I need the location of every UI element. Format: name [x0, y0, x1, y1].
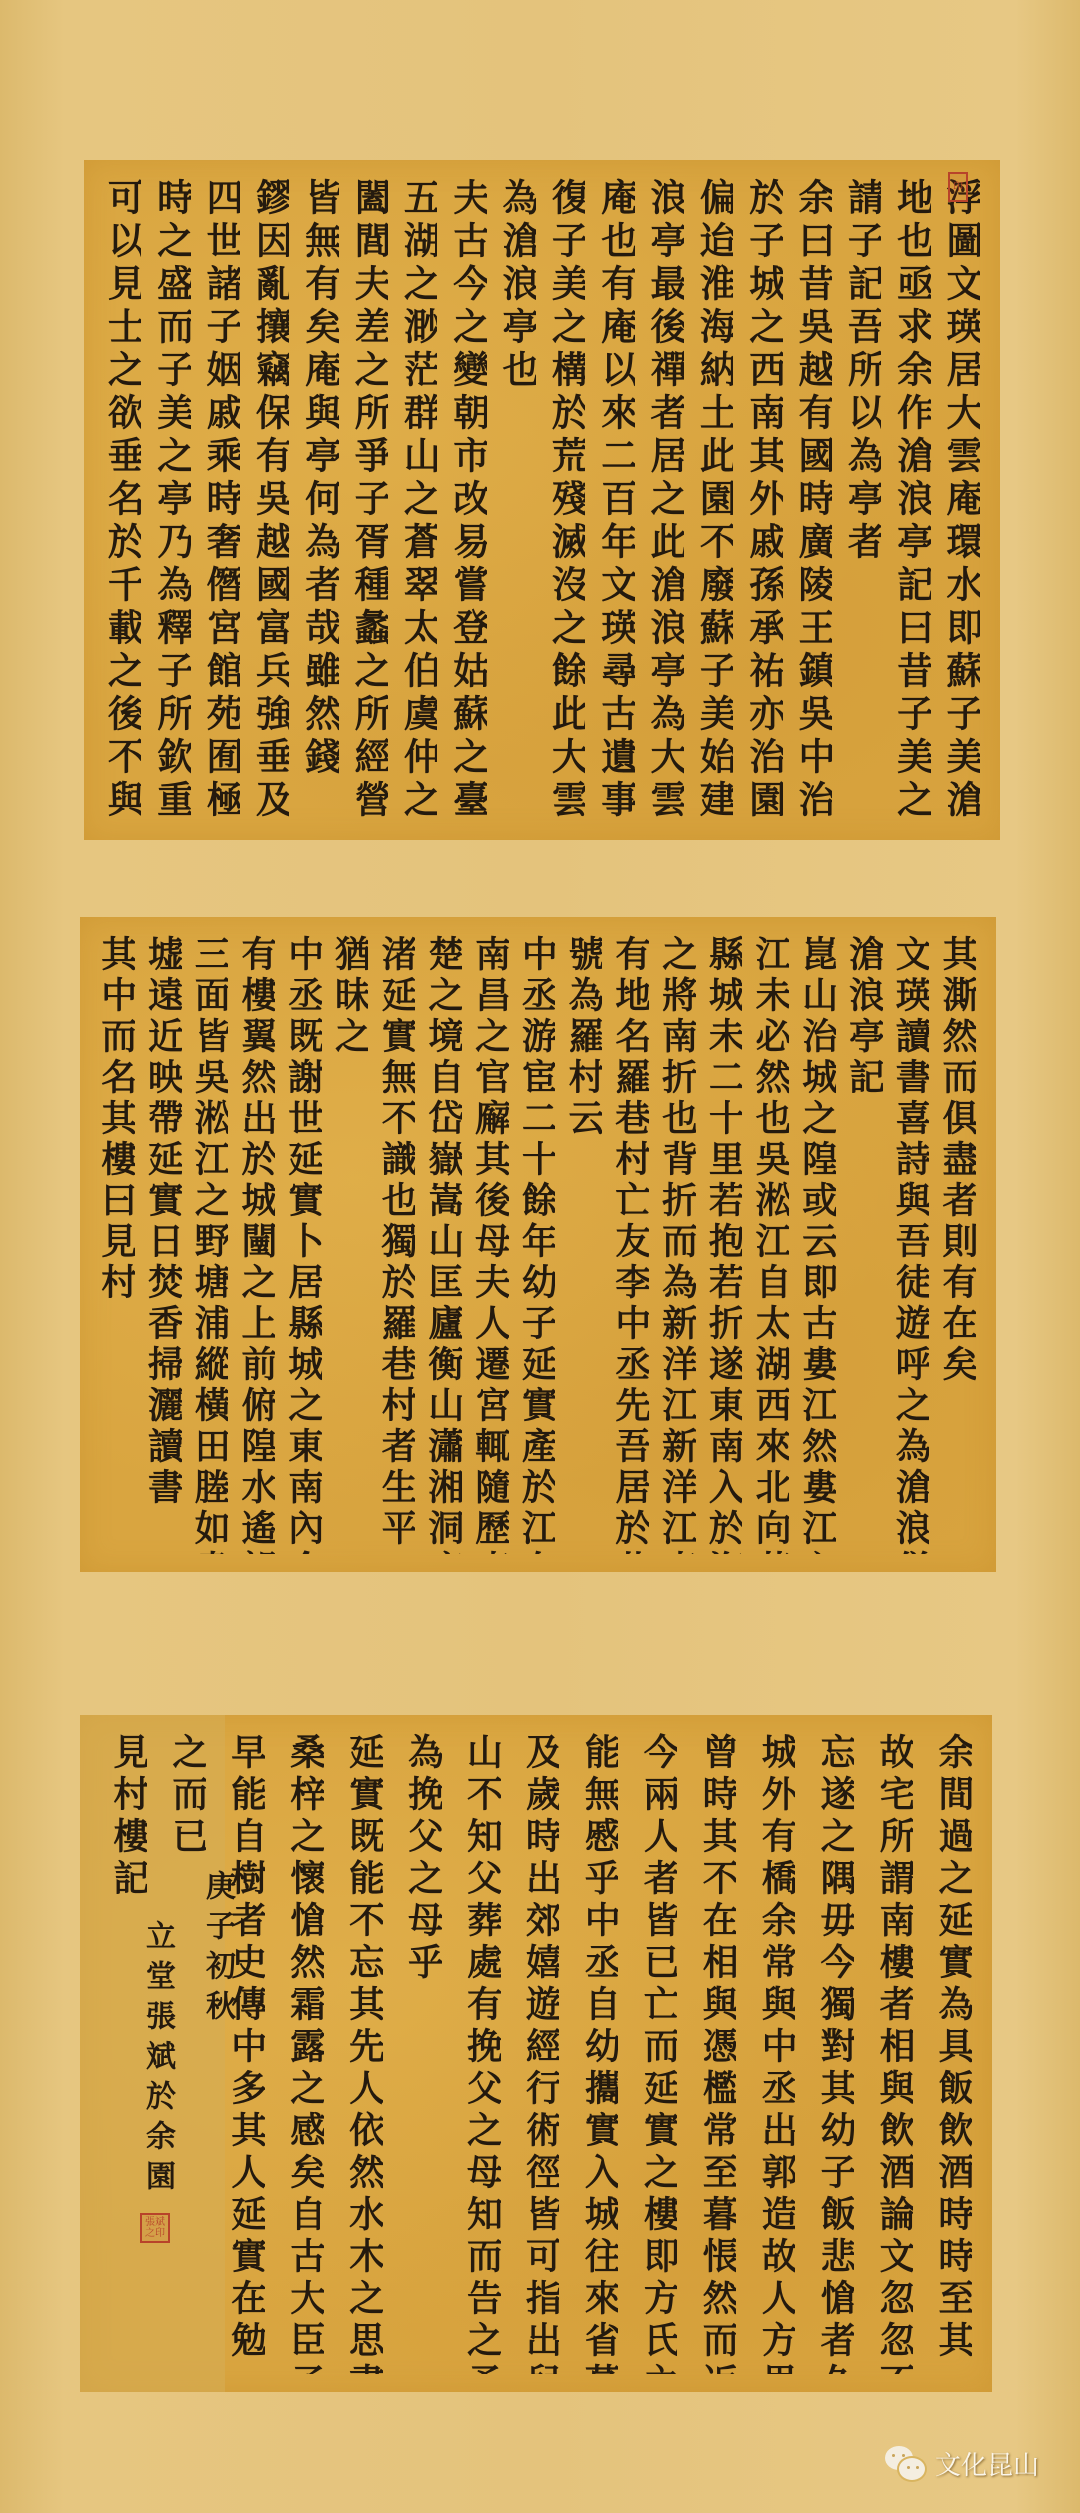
text-column: 浪亭最後禪者居之此滄浪亭為大雲 [647, 178, 684, 822]
text-column: 城外有橋余常與中丞出郭造故人方思 [748, 1733, 795, 2374]
text-column: 偏迨淮海納土此園不廢蘇子美始建滄 [696, 178, 733, 822]
artist-seal-stamp: 張斌之印 [140, 2213, 170, 2243]
text-column: 於子城之西南其外戚孫承祐亦治園於其 [745, 178, 782, 822]
text-column: 請子記吾所以為亭者 [844, 178, 881, 822]
text-column: 復子美之構於荒殘滅沒之餘此大雲庵 [548, 178, 585, 822]
text-column: 山不知父葬處有挽父之母知而告之予可以 [454, 1733, 501, 2374]
text-column: 文瑛讀書喜詩與吾徒遊呼之為滄浪僧云 [895, 935, 930, 1554]
text-column: 桑梓之懷愴然霜露之感矣自古大臣子孫 [277, 1733, 324, 2374]
signature-author: 立堂張斌於余園 [135, 1920, 179, 2200]
text-column: 之將南折也背折而為新洋江新洋江東數里 [661, 935, 696, 1554]
text-column: 其澌然而俱盡者則有在矣 [941, 935, 976, 1554]
text-column: 楚之境自岱嶽嵩山匡廬衡山瀟湘洞庭之 [427, 935, 462, 1554]
text-column: 江未必然也吳淞江自太湖西來北向若將趨入 [754, 935, 789, 1554]
text-column: 余間過之延實為具飯飲酒時時至其 [925, 1733, 972, 2374]
wechat-icon [885, 2446, 927, 2482]
text-column: 庵也有庵以來二百年文瑛尋古遺事 [597, 178, 634, 822]
panel-3-columns: 余間過之延實為具飯飲酒時時至其 故宅所謂南樓者相與飲酒論文忽忽不 忘遂之隅毋今獨… [80, 1715, 992, 2392]
text-column: 墟遠近映帶延實日焚香掃灑讀書 [147, 935, 182, 1554]
signature-date: 庚子初秋 [195, 1870, 239, 2030]
text-column: 皆無有矣庵與亭何為者哉雖然錢 [301, 178, 338, 822]
text-column: 延實既能不忘其先人依然水木之思肅然 [336, 1733, 383, 2374]
wechat-watermark: 文化昆山 [885, 2445, 1039, 2482]
panel-1-columns: 浮圖文瑛居大雲庵環水即蘇子美滄浪亭之 地也亟求余作滄浪亭記曰昔子美之記記亭之勝也… [84, 160, 1000, 840]
text-column: 五湖之渺茫群山之蒼翠太伯虞仲之所建 [400, 178, 437, 822]
panel-2-columns: 其澌然而俱盡者則有在矣 文瑛讀書喜詩與吾徒遊呼之為滄浪僧云 滄浪亭記 崑山治城之… [80, 917, 996, 1572]
text-column: 能無慼乎中丞自幼攜實入城往來省墓 [571, 1733, 618, 2374]
calligraphy-panel-1: 浮圖文瑛居大雲庵環水即蘇子美滄浪亭之 地也亟求余作滄浪亭記曰昔子美之記記亭之勝也… [84, 160, 1000, 840]
text-column: 曾時其不在相與憑檻常至暮悵然而返 [689, 1733, 736, 2374]
text-column: 地也亟求余作滄浪亭記曰昔子美之記記亭之勝也 [893, 178, 930, 822]
text-column: 浮圖文瑛居大雲庵環水即蘇子美滄浪亭之 [943, 178, 980, 822]
text-column: 南昌之官廨其後母夫人遷宮輒隨歷東兗汴 [474, 935, 509, 1554]
text-column: 有樓翼然出於城闉之上前俯隍水遙望 [240, 935, 275, 1554]
text-column: 渚延實無不識也獨於羅巷村者生平 [380, 935, 415, 1554]
red-seal-stamp: 印 [948, 172, 968, 202]
text-column: 時之盛而子美之亭乃為釋子所欽重如此 [153, 178, 190, 822]
watermark-text: 文化昆山 [935, 2445, 1039, 2482]
text-column: 可以見士之欲垂名於千載之後不與 [104, 178, 141, 822]
text-column: 有地名羅巷村亡友李中丞先吾居於此因自 [614, 935, 649, 1554]
text-column: 為滄浪亭也 [499, 178, 536, 822]
calligraphy-panel-3: 余間過之延實為具飯飲酒時時至其 故宅所謂南樓者相與飲酒論文忽忽不 忘遂之隅毋今獨… [80, 1715, 992, 2392]
text-column: 闔閭夫差之所爭子胥種蠡之所經營今 [351, 178, 388, 822]
text-column: 及歲時出郊嬉遊經行術徑皆可指出兒子 [513, 1733, 560, 2374]
text-column: 三面皆吳淞江之野塘浦縱橫田塍如畫而村 [194, 935, 229, 1554]
text-column: 中丞游宦二十餘年幼子延實產於江右 [521, 935, 556, 1554]
text-column: 其中而名其樓曰見村 [100, 935, 135, 1554]
text-column: 余曰昔吳越有國時廣陵王鎮吳中治南園 [795, 178, 832, 822]
text-column: 縣城未二十里若抱若折遂東南入於海江 [708, 935, 743, 1554]
text-column: 崑山治城之隍或云即古婁江然婁江之湮以隍為 [801, 935, 836, 1554]
text-column: 故宅所謂南樓者相與飲酒論文忽忽不 [866, 1733, 913, 2374]
text-column: 中丞既謝世延實卜居縣城之東南內金潼港 [287, 935, 322, 1554]
text-column: 猶昧之 [334, 935, 369, 1554]
text-column: 號為羅村云 [567, 935, 602, 1554]
calligraphy-panel-2: 其澌然而俱盡者則有在矣 文瑛讀書喜詩與吾徒遊呼之為滄浪僧云 滄浪亭記 崑山治城之… [80, 917, 996, 1572]
text-column: 夫古今之變朝市改易嘗登姑蘇之臺望 [449, 178, 486, 822]
text-column: 四世諸子姻戚乘時奢僭宮館苑囿極一 [203, 178, 240, 822]
text-column: 早能自樹者史傳中多其人延實在勉 [218, 1733, 265, 2374]
text-column: 鏐因亂攘竊保有吳越國富兵強垂及 [252, 178, 289, 822]
text-column: 今兩人者皆已亡而延實之樓即方氏之故廬予 [630, 1733, 677, 2374]
text-column: 滄浪亭記 [848, 935, 883, 1554]
text-column: 忘遂之隅毋今獨對其幼子飯悲愴者久之 [807, 1733, 854, 2374]
text-column: 為挽父之母乎 [395, 1733, 442, 2374]
